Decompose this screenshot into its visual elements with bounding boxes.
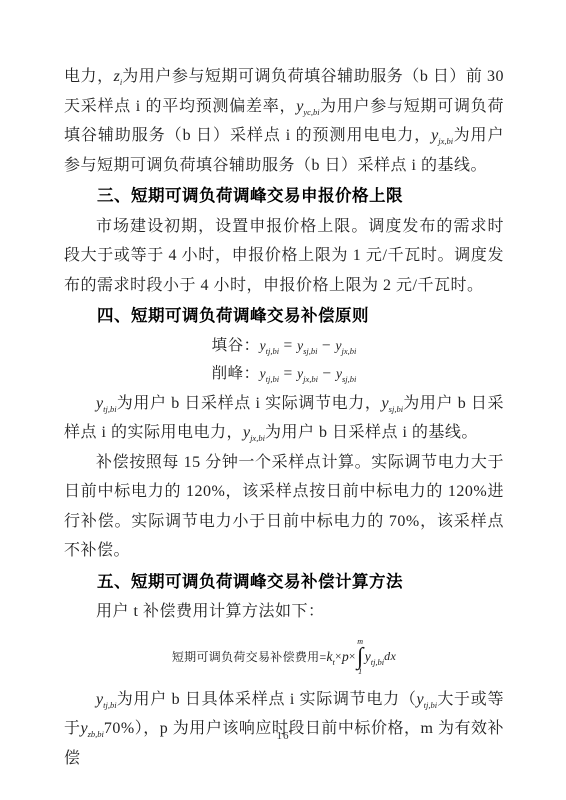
document-content: 电力，zi为用户参与短期可调负荷填谷辅助服务（b 日）前 30 天采样点 i 的…	[64, 62, 504, 773]
paragraph: 用户 t 补偿费用计算方法如下：	[64, 597, 504, 627]
section-heading: 五、短期可调负荷调峰交易补偿计算方法	[64, 568, 504, 598]
document-page: 电力，zi为用户参与短期可调负荷填谷辅助服务（b 日）前 30 天采样点 i 的…	[0, 0, 566, 800]
variable: ytj,bi	[96, 691, 117, 708]
variable: kt	[327, 649, 335, 665]
variable: yyc,bi	[296, 98, 319, 115]
variable: ytj,bi	[260, 366, 279, 381]
variable: ytj,bi	[260, 338, 279, 353]
section-heading: 四、短期可调负荷调峰交易补偿原则	[64, 302, 504, 332]
variable: yjx,bi	[431, 127, 453, 144]
variable: yjx,bi	[297, 366, 318, 381]
variable: ysj,bi	[336, 366, 356, 381]
paragraph: ytj,bi为用户 b 日具体采样点 i 实际调节电力（ytj,bi大于或等于y…	[64, 685, 504, 774]
formula-line: 填谷：ytj,bi = ysj,bi − yjx,bi	[64, 332, 504, 361]
integral-symbol: m∫1	[357, 638, 364, 676]
variable: ysj,bi	[382, 395, 404, 412]
variable: zi	[114, 68, 123, 85]
variable: ytj,bi	[417, 691, 438, 708]
variable: p	[342, 649, 349, 665]
paragraph: 市场建设初期，设置申报价格上限。调度发布的需求时段大于或等于 4 小时，申报价格…	[64, 212, 504, 301]
variable: ytj,bi	[96, 395, 117, 412]
paragraph: 补偿按照每 15 分钟一个采样点计算。实际调节电力大于日前中标电力的 120%，…	[64, 448, 504, 566]
paragraph: ytj,bi为用户 b 日采样点 i 实际调节电力，ysj,bi为用户 b 日采…	[64, 389, 504, 448]
variable: yjx,bi	[336, 338, 357, 353]
variable: ytj,bi	[365, 649, 384, 665]
paragraph: 电力，zi为用户参与短期可调负荷填谷辅助服务（b 日）前 30 天采样点 i 的…	[64, 62, 504, 180]
formula-line: 削峰：ytj,bi = yjx,bi − ysj,bi	[64, 360, 504, 389]
display-formula: 短期可调负荷交易补偿费用=kt×p×m∫1ytj,bidx	[64, 634, 504, 680]
variable: ysj,bi	[297, 338, 317, 353]
page-number: 16	[0, 730, 566, 742]
section-heading: 三、短期可调负荷调峰交易申报价格上限	[64, 182, 504, 212]
variable: yjx,bi	[243, 424, 265, 441]
